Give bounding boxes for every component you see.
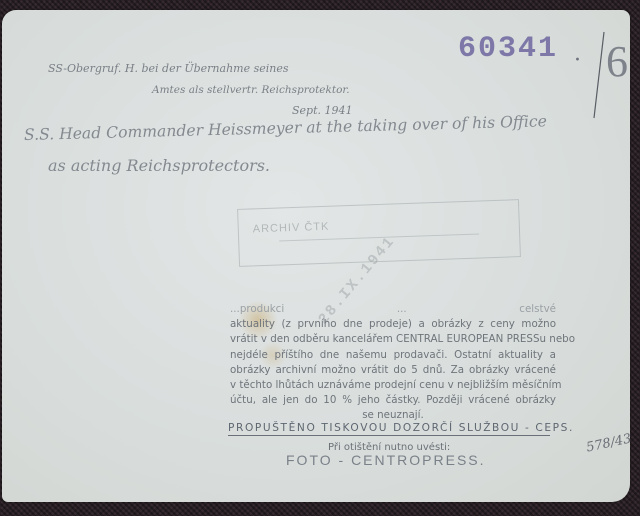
notice-line: ...produkci ... celstvé [230,302,556,317]
notice-line: vrátit v den odběru kancelářem CENTRAL E… [230,332,556,347]
notice-line: nejdéle příštího dne našemu prodavači. O… [230,348,556,363]
notice-line: v těchto lhůtách uznáváme prodejní cenu … [230,378,556,393]
stamp-dot: · [574,48,581,73]
censor-approval-line: PROPUŠTĚNO TISKOVOU DOZORČÍ SLUŽBOU - CE… [228,422,550,436]
english-caption-line-1: S.S. Head Commander Heissmeyer at the ta… [24,112,547,144]
photo-credit: FOTO - CENTROPRESS. [286,452,486,468]
handwritten-corner-number: 578/43 [585,431,633,455]
notice-line: účtu, ale jen do 10 % jeho částky. Pozdě… [230,393,556,408]
archive-number-stamp: 60341 [458,32,558,66]
german-caption-line-2: Amtes als stellvertr. Reichsprotektor. [152,84,350,96]
faint-stamp-top-text: ARCHIV ČTK [253,221,330,236]
notice-line: aktuality (z prvního dne prodeje) a obrá… [230,317,556,332]
german-caption-date: Sept. 1941 [292,104,353,117]
german-caption-line-1: SS-Obergruf. H. bei der Übernahme seines [48,62,289,75]
notice-line: obrázky archivní možno vrátit do 5 dnů. … [230,363,556,378]
photo-back-card: 60341 · 6 SS-Obergruf. H. bei der Überna… [2,10,630,502]
english-caption-line-2: as acting Reichsprotectors. [48,156,270,175]
sale-terms-notice: ...produkci ... celstvé aktuality (z prv… [230,302,556,424]
archive-suffix: 6 [606,36,628,87]
